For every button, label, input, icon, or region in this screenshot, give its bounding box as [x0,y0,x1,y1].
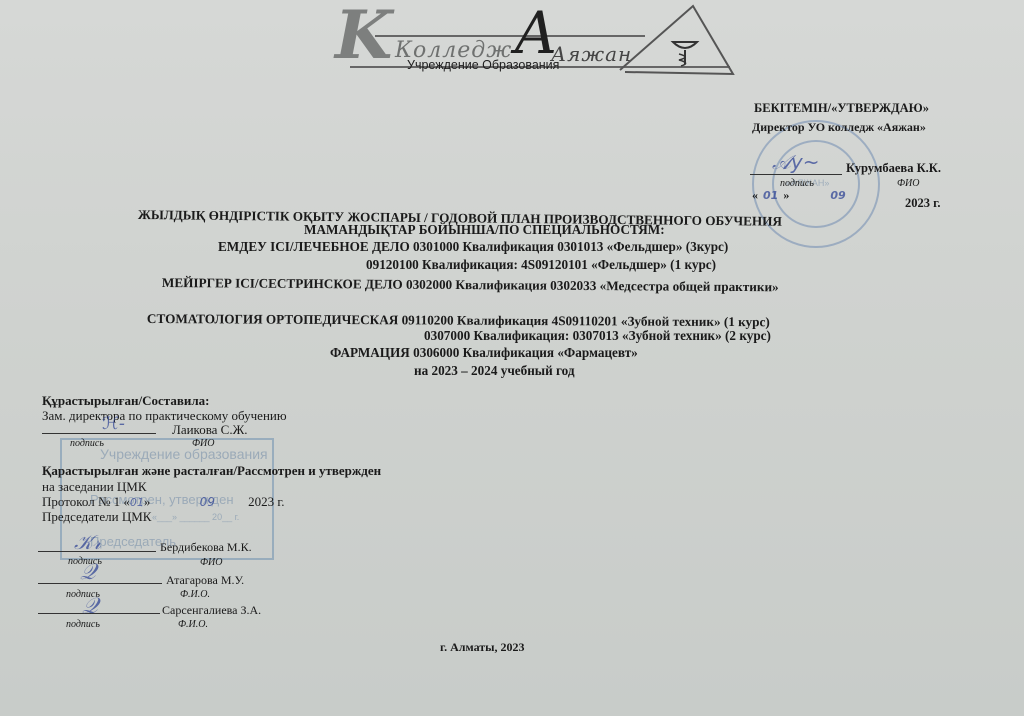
member-signature: 𝒬 [80,560,96,585]
reviewed-meeting: на заседании ЦМК [42,479,147,495]
logo-rule [375,35,645,37]
approval-position: Директор УО колледж «Аяжан» [752,120,926,135]
specialty-line-5: 0307000 Квалификация: 0307013 «Зубной те… [424,328,771,344]
rect-stamp-line3: «___» ______ 20__ г. [152,512,239,522]
member-signature-caption: подпись [66,619,100,630]
specialty-line-1: ЕМДЕУ ІСІ/ЛЕЧЕБНОЕ ДЕЛО 0301000 Квалифик… [218,239,728,255]
reviewed-heading: Қарастырылған және расталған/Рассмотрен … [42,463,381,479]
member-name-caption: ФИО [200,557,223,568]
reviewed-chair-label: Председатели ЦМК [42,509,151,525]
approval-name-caption: ФИО [897,178,920,189]
date-month: 09 [830,189,845,202]
protocol-label: Протокол № 1 « [42,494,130,509]
compiled-name: Лаикова С.Ж. [172,422,248,438]
compiled-signature-caption: подпись [70,438,104,449]
protocol-month: 09 [200,495,215,509]
date-open-quote: « [752,188,758,202]
logo-tagline: Учреждение Образования [407,58,559,72]
protocol-day: 01 [130,496,144,509]
member-signature: 𝒬 [82,594,98,619]
specialty-line-2: 09120100 Квалификация: 4S09120101 «Фельд… [366,257,716,273]
member-signature: 𝒦𝓇 [74,530,101,554]
approval-name: Курумбаева К.К. [846,161,941,176]
rect-stamp-line1: Учреждение образования [100,446,268,462]
member-signature-line [38,613,160,614]
approval-signature: 𝒜y~ [772,150,820,174]
date-close-quote: » [783,188,789,202]
specialty-line-3: МЕЙІРГЕР ІСІ/СЕСТРИНСКОЕ ДЕЛО 0302000 Кв… [162,275,779,295]
approval-date: « 01 » 09 [752,188,846,203]
reviewed-protocol: Протокол № 1 «01» 09 2023 г. [42,494,285,510]
logo-k-letter: K [335,2,392,68]
member-name-caption: Ф.И.О. [178,619,208,630]
compiled-name-caption: ФИО [192,438,215,449]
approval-signature-line [750,174,842,175]
document-title-line2: МАМАНДЫҚТАР БОЙЫНША/ПО СПЕЦИАЛЬНОСТЯМ: [304,222,665,238]
member-name: Сарсенгалиева З.А. [162,603,261,618]
member-name-caption: Ф.И.О. [180,589,210,600]
protocol-year: 2023 г. [248,494,284,509]
approval-year: 2023 г. [905,196,941,211]
academic-year: на 2023 – 2024 учебный год [414,363,575,379]
college-logo: K Колледж A Аяжан Учреждение Образования [335,2,735,80]
approval-heading: БЕКІТЕМІН/«УТВЕРЖДАЮ» [754,101,929,116]
date-day: 01 [763,189,778,202]
member-name: Бердибекова М.К. [160,540,252,555]
compiled-position: Зам. директора по практическому обучению [42,408,287,424]
compiled-heading: Құрастырылған/Составила: [42,393,209,409]
footer-city-year: г. Алматы, 2023 [440,640,525,655]
specialty-line-6: ФАРМАЦИЯ 0306000 Квалификация «Фармацевт… [330,345,638,361]
bowl-of-hygieia-icon [615,2,735,80]
member-signature-line [38,583,162,584]
compiled-signature: ℋ- [102,414,125,434]
member-name: Атагарова М.У. [166,573,244,588]
protocol-close-quote: » [144,494,151,509]
compiled-signature-line [42,433,156,434]
